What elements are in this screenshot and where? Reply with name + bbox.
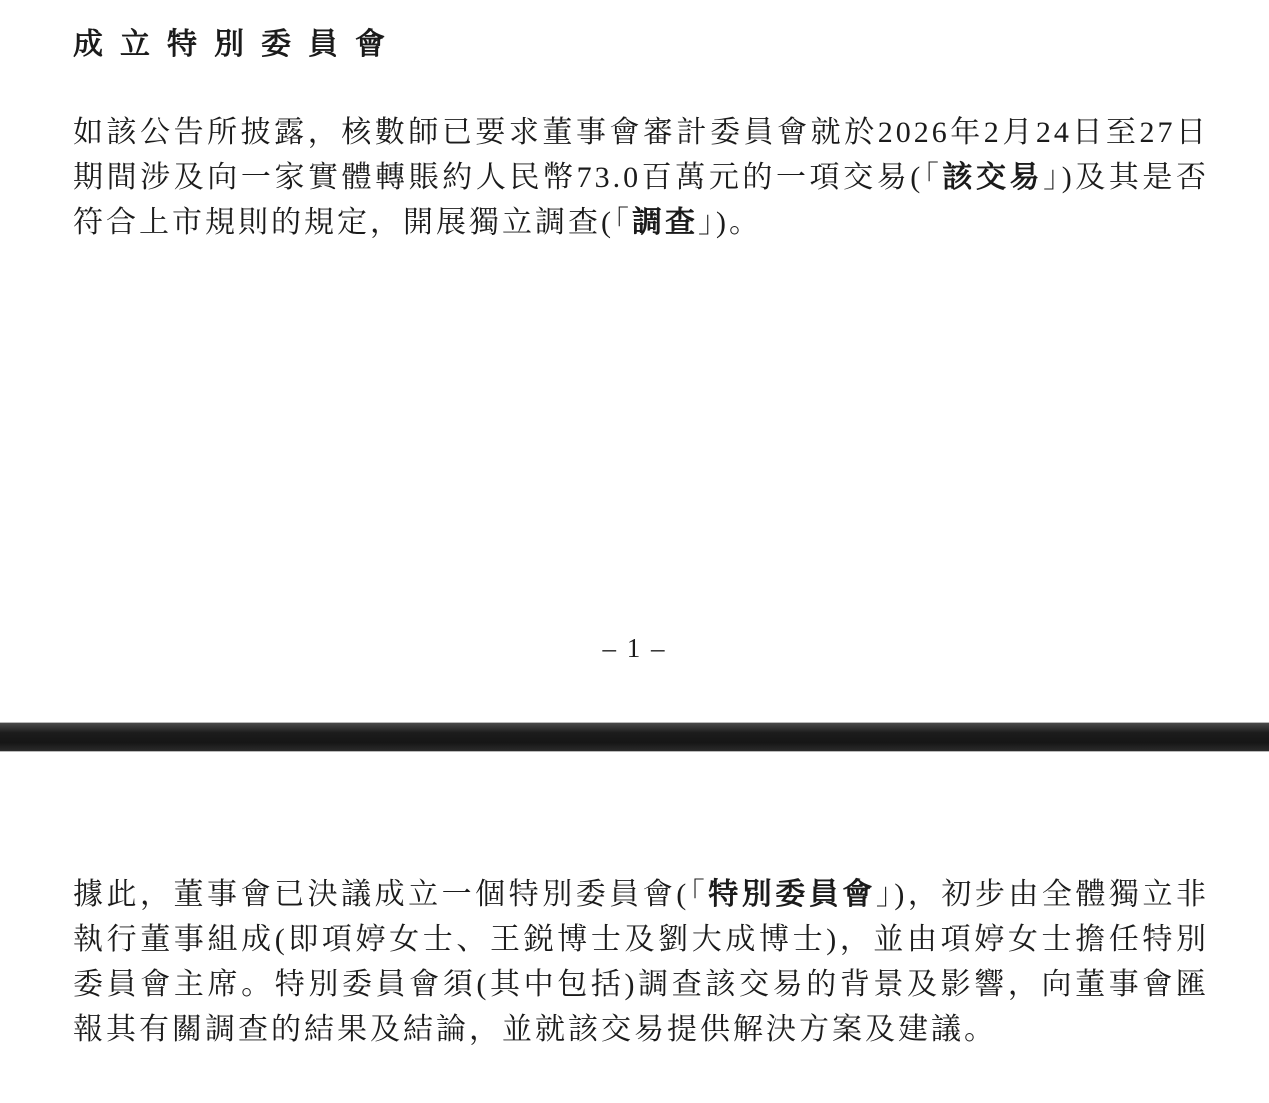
page-number: – 1 – <box>0 626 1269 671</box>
body-paragraph-page1: 如該公告所披露，核數師已要求董事會審計委員會就於2026年2月24日至27日期間… <box>73 110 1209 245</box>
pdf-page-1: 成立特別委員會 如該公告所披露，核數師已要求董事會審計委員會就於2026年2月2… <box>0 0 1269 722</box>
defined-term-special-committee: 特別委員會 <box>708 878 876 911</box>
pdf-viewer: 成立特別委員會 如該公告所披露，核數師已要求董事會審計委員會就於2026年2月2… <box>0 0 1269 1103</box>
page-separator-bar <box>0 722 1269 752</box>
defined-term-the-transaction: 該交易 <box>942 161 1043 194</box>
paragraph-text: 」)。 <box>698 206 762 239</box>
paragraph-text: 據此，董事會已決議成立一個特別委員會(「 <box>73 878 708 911</box>
body-paragraph-page2: 據此，董事會已決議成立一個特別委員會(「特別委員會」)，初步由全體獨立非執行董事… <box>73 872 1209 1052</box>
section-heading: 成立特別委員會 <box>73 22 402 67</box>
pdf-page-2: 據此，董事會已決議成立一個特別委員會(「特別委員會」)，初步由全體獨立非執行董事… <box>0 752 1269 1103</box>
defined-term-investigation: 調查 <box>632 206 698 239</box>
